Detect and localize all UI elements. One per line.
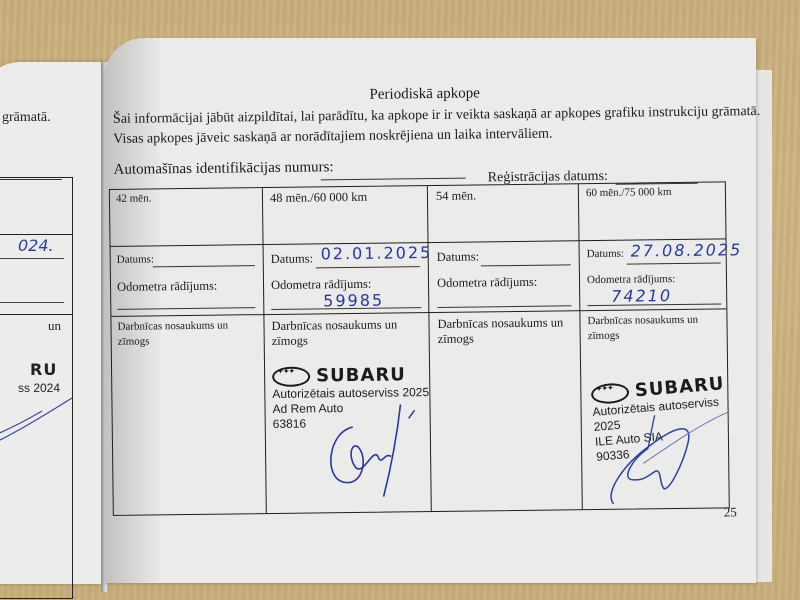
service-table: 42 mēn. Datums: Odometra rādījums: Darbn… [109,181,730,516]
interval-60: 60 mēn./75 000 km [586,186,672,199]
date-field[interactable] [153,265,255,267]
date-field[interactable] [481,264,571,266]
column-divider [578,184,583,509]
date-label: Datums: [271,251,314,267]
row-divider [0,234,72,235]
signature [593,402,734,509]
signature [312,396,423,507]
odometer-field[interactable] [587,303,721,306]
stamp-brand-fragment: RU [30,360,57,379]
intro-text-1: Šai informācijai jābūt aizpildītai, lai … [113,104,760,128]
left-page-table: 024. un RU ss 2024 [0,177,73,599]
service-record-form: Periodiskā apkope Šai informācijai jābūt… [104,30,763,583]
handwritten-date: 02.01.2025 [321,243,433,263]
interval-54: 54 mēn. [436,188,476,203]
page-number: 25 [724,504,737,520]
subaru-logo-icon [590,381,630,404]
workshop-label-2: zīmogs [438,332,474,347]
date-label: Datums: [437,249,480,265]
column-divider [427,186,432,511]
intro-text-2: Visas apkopes jāveic saskaņā ar norādīta… [113,127,552,148]
odometer-field[interactable] [437,305,571,308]
odometer-label: Odometra rādījums: [437,275,538,291]
underline [0,302,64,303]
odometer-label: Odometra rādījums: [117,279,218,295]
odometer-label: Odometra rādījums: [587,273,675,286]
odometer-field[interactable] [117,307,255,310]
vin-label: Automašīnas identifikācijas numurs: [114,159,334,179]
handwritten-date: 27.08.2025 [631,240,743,260]
left-page: grāmatā. 024. un RU ss 2024 [0,62,105,584]
stamp-brand: SUBARU [316,364,406,386]
vin-field[interactable] [321,178,466,181]
workshop-label: Darbnīcas nosaukums un [271,317,397,334]
signature-stroke [0,393,80,453]
workshop-label: Darbnīcas nosaukums un [587,314,698,327]
date-label: Datums: [117,253,154,265]
column-divider [262,188,267,513]
interval-42: 42 mēn. [116,192,152,204]
workshop-label-2: zīmogs [118,335,150,347]
underline [0,258,64,259]
handwritten-odometer: 74210 [611,286,672,306]
date-label: Datums: [587,248,624,260]
subaru-logo-icon [272,366,310,386]
page-title: Periodiskā apkope [105,82,745,107]
date-field[interactable] [316,266,420,268]
left-page-text: grāmatā. [2,110,51,126]
workshop-label: Darbnīcas nosaukums un [437,315,563,332]
date-field[interactable] [627,262,721,264]
workshop-label-fragment: un [48,318,61,334]
handwritten-date: 024. [18,236,54,255]
workshop-label-2: zīmogs [272,334,308,349]
interval-48: 48 mēn./60 000 km [270,190,367,206]
row-divider [0,314,72,315]
workshop-label-2: zīmogs [588,330,620,342]
workshop-label: Darbnīcas nosaukums un [117,320,228,333]
